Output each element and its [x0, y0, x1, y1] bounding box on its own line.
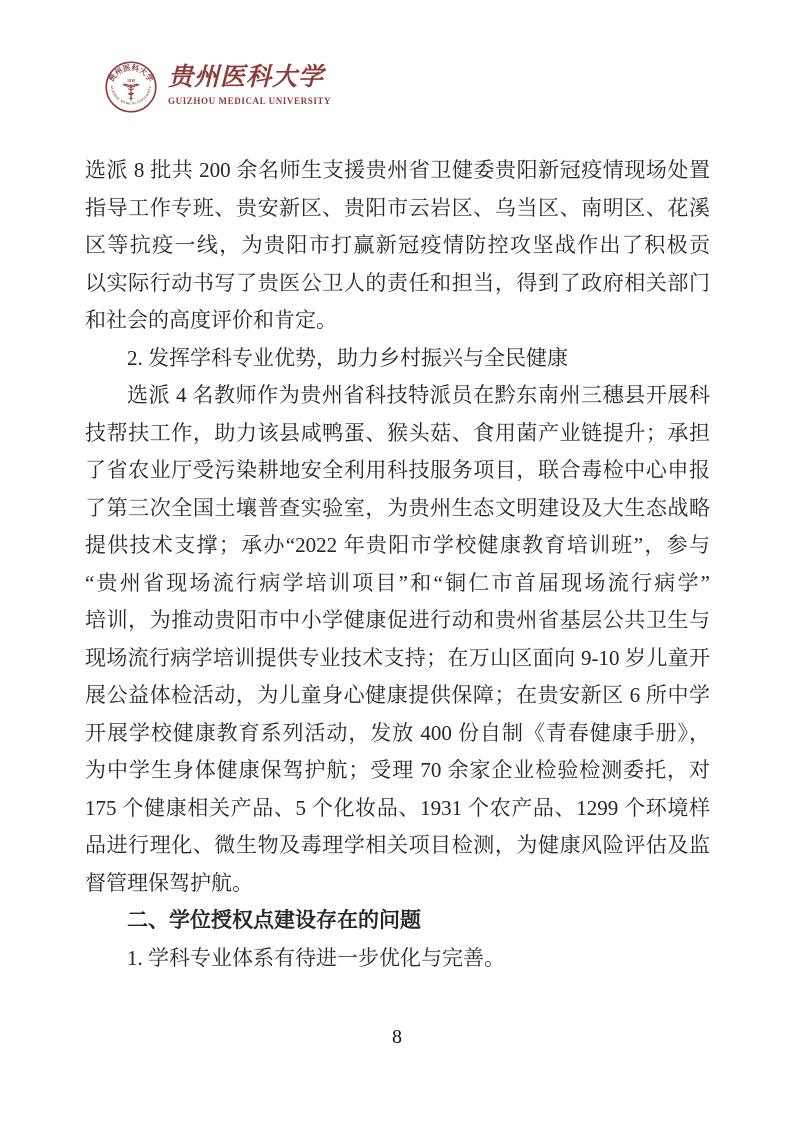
page-number: 8: [0, 1026, 794, 1049]
text-line: 以实际行动书写了贵医公卫人的责任和担当，得到了政府相关部门: [85, 265, 710, 303]
document-body: 选派 8 批共 200 余名师生支援贵州省卫健委贵阳新冠疫情现场处置 指导工作专…: [85, 152, 710, 977]
university-name-zh: 贵州医科大学: [168, 64, 331, 92]
letterhead: 贵州医科大学 1938 GUIZHOU MEDICAL UNIVERSITY 贵…: [104, 60, 331, 114]
text-line: 选派 4 名教师作为贵州省科技特派员在黔东南州三穗县开展科: [85, 377, 710, 415]
university-seal-icon: 贵州医科大学 1938 GUIZHOU MEDICAL UNIVERSITY: [104, 60, 158, 114]
text-line: 了第三次全国土壤普查实验室，为贵州生态文明建设及大生态战略: [85, 490, 710, 528]
text-line: 展公益体检活动，为儿童身心健康提供保障；在贵安新区 6 所中学: [85, 677, 710, 715]
seal-year: 1938: [127, 78, 135, 83]
text-line: 指导工作专班、贵安新区、贵阳市云岩区、乌当区、南明区、花溪: [85, 190, 710, 228]
text-line: 了省农业厅受污染耕地安全利用科技服务项目，联合毒检中心申报: [85, 452, 710, 490]
text-line: 品进行理化、微生物及毒理学相关项目检测，为健康风险评估及监: [85, 827, 710, 865]
text-line: 培训，为推动贵阳市中小学健康促进行动和贵州省基层公共卫生与: [85, 602, 710, 640]
text-line: 区等抗疫一线，为贵阳市打赢新冠疫情防控攻坚战作出了积极贡献，: [85, 227, 710, 265]
section-heading: 二、学位授权点建设存在的问题: [85, 902, 710, 940]
text-line: 1. 学科专业体系有待进一步优化与完善。: [85, 940, 710, 978]
text-line: “贵州省现场流行病学培训项目”和“铜仁市首届现场流行病学”: [85, 565, 710, 603]
document-page: 贵州医科大学 1938 GUIZHOU MEDICAL UNIVERSITY 贵…: [0, 0, 794, 1123]
text-line: 现场流行病学培训提供专业技术支持；在万山区面向 9-10 岁儿童开: [85, 640, 710, 678]
text-line: 为中学生身体健康保驾护航；受理 70 余家企业检验检测委托，对: [85, 752, 710, 790]
text-line: 和社会的高度评价和肯定。: [85, 302, 710, 340]
text-line: 督管理保驾护航。: [85, 865, 710, 903]
text-line: 选派 8 批共 200 余名师生支援贵州省卫健委贵阳新冠疫情现场处置: [85, 152, 710, 190]
caduceus-icon: [123, 84, 138, 100]
text-line: 开展学校健康教育系列活动，发放 400 份自制《青春健康手册》，: [85, 715, 710, 753]
university-name-block: 贵州医科大学 GUIZHOU MEDICAL UNIVERSITY: [168, 60, 331, 106]
university-name-en: GUIZHOU MEDICAL UNIVERSITY: [168, 96, 331, 106]
text-line: 技帮扶工作，助力该县咸鸭蛋、猴头菇、食用菌产业链提升；承担: [85, 415, 710, 453]
subsection-heading: 2. 发挥学科专业优势，助力乡村振兴与全民健康: [85, 340, 710, 378]
text-line: 提供技术支撑；承办“2022 年贵阳市学校健康教育培训班”，参与: [85, 527, 710, 565]
text-line: 175 个健康相关产品、5 个化妆品、1931 个农产品、1299 个环境样: [85, 790, 710, 828]
